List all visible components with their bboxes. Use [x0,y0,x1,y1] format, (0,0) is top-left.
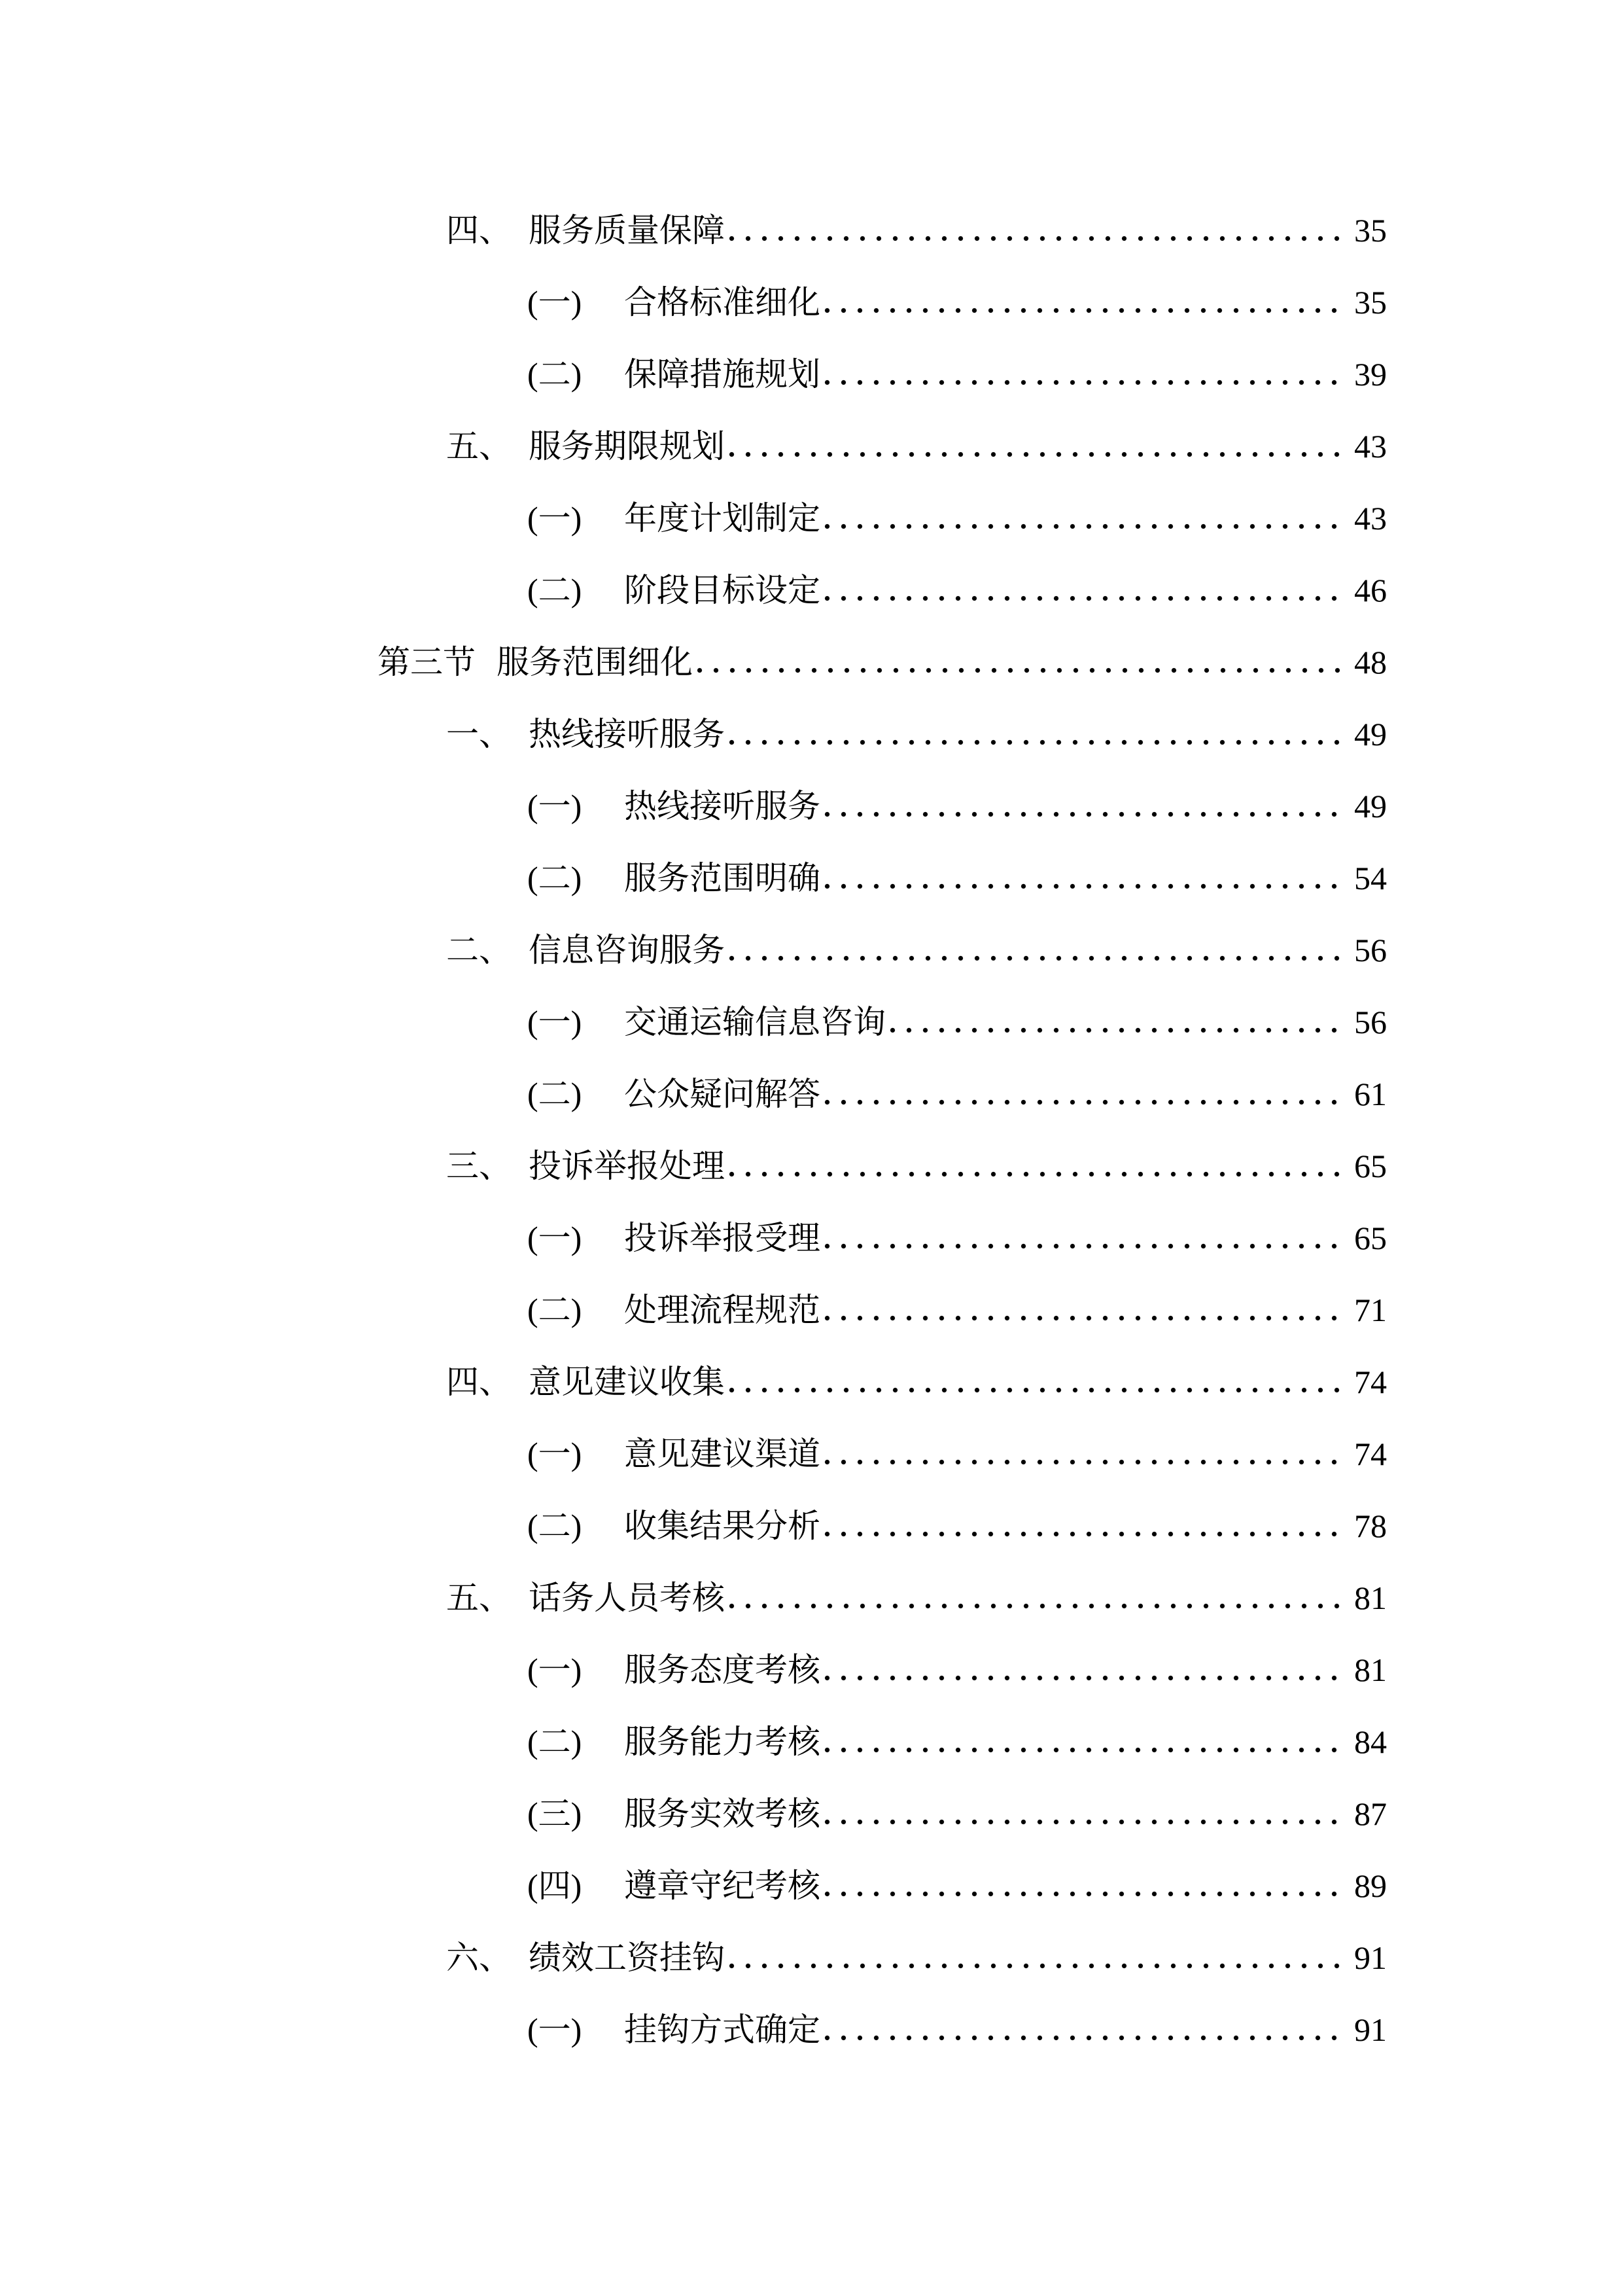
dot-leader [697,667,1345,673]
toc-entry-title: 绩效工资挂钩 [529,1922,725,1994]
toc-entry-title: 遵章守纪考核 [624,1850,820,1922]
toc-entry-number: 四、 [446,1346,529,1418]
dot-leader [824,380,1345,385]
toc-entry-title: 投诉举报处理 [529,1130,725,1202]
toc-entry-title: 收集结果分析 [624,1490,820,1562]
toc-entry-page: 49 [1353,698,1387,770]
table-of-contents: 四、 服务质量保障 35 (一) 合格标准细化 35 (二) 保障措施规划 39… [0,194,1387,2066]
toc-entry[interactable]: (二) 服务范围明确 54 [0,842,1387,914]
toc-entry[interactable]: (一) 投诉举报受理 65 [0,1202,1387,1274]
toc-entry-number: 二、 [446,914,529,986]
toc-entry-number: 三、 [446,1130,529,1202]
toc-entry-title: 服务实效考核 [624,1778,820,1850]
toc-entry-title: 服务期限规划 [529,410,725,482]
toc-entry-number: (二) [527,1058,624,1130]
dot-leader [824,1747,1345,1753]
toc-entry[interactable]: 五、 话务人员考核 81 [0,1562,1387,1634]
toc-entry-title: 热线接听服务 [529,698,725,770]
toc-entry-title: 话务人员考核 [529,1562,725,1634]
toc-entry-number: 一、 [446,698,529,770]
toc-entry-number: (三) [527,1778,624,1850]
toc-entry-title: 年度计划制定 [624,482,820,554]
toc-entry-title: 意见建议收集 [529,1346,725,1418]
toc-entry-number: (二) [527,842,624,914]
toc-entry-page: 61 [1353,1058,1387,1130]
toc-entry-title: 挂钩方式确定 [624,1994,820,2066]
toc-entry[interactable]: (二) 公众疑问解答 61 [0,1058,1387,1130]
toc-entry-number: (二) [527,1706,624,1778]
toc-entry[interactable]: 四、 意见建议收集 74 [0,1346,1387,1418]
dot-leader [824,308,1345,313]
toc-entry-page: 43 [1353,410,1387,482]
toc-entry[interactable]: 第三节 服务范围细化 48 [0,626,1387,698]
toc-entry-title: 意见建议渠道 [624,1418,820,1490]
dot-leader [824,1315,1345,1321]
toc-entry[interactable]: (二) 收集结果分析 78 [0,1490,1387,1562]
toc-entry-page: 91 [1353,1994,1387,2066]
toc-entry-page: 74 [1353,1346,1387,1418]
toc-entry-number: 五、 [446,1562,529,1634]
toc-entry-page: 89 [1353,1850,1387,1922]
toc-entry-page: 81 [1353,1634,1387,1706]
toc-entry[interactable]: (一) 合格标准细化 35 [0,266,1387,338]
toc-entry-title: 服务质量保障 [529,194,725,266]
toc-entry-number: (一) [527,1634,624,1706]
toc-entry-page: 87 [1353,1778,1387,1850]
toc-entry-page: 56 [1353,914,1387,986]
toc-entry-title: 阶段目标设定 [624,554,820,626]
toc-entry[interactable]: (二) 处理流程规范 71 [0,1274,1387,1346]
toc-entry-page: 35 [1353,194,1387,266]
dot-leader [824,1459,1345,1465]
toc-entry-title: 信息咨询服务 [529,914,725,986]
toc-entry[interactable]: (一) 服务态度考核 81 [0,1634,1387,1706]
dot-leader [729,1963,1345,1969]
toc-entry-title: 热线接听服务 [624,770,820,842]
toc-entry[interactable]: (一) 挂钩方式确定 91 [0,1994,1387,2066]
toc-entry-title: 服务态度考核 [624,1634,820,1706]
toc-entry[interactable]: (四) 遵章守纪考核 89 [0,1850,1387,1922]
toc-entry-number: (四) [527,1850,624,1922]
toc-entry-page: 48 [1353,626,1387,698]
toc-entry-title: 交通运输信息咨询 [624,986,886,1058]
toc-entry[interactable]: (二) 保障措施规划 39 [0,338,1387,410]
toc-entry-page: 81 [1353,1562,1387,1634]
toc-entry[interactable]: (二) 服务能力考核 84 [0,1706,1387,1778]
document-page: 四、 服务质量保障 35 (一) 合格标准细化 35 (二) 保障措施规划 39… [0,0,1623,2296]
toc-entry-page: 65 [1353,1202,1387,1274]
toc-entry-title: 公众疑问解答 [624,1058,820,1130]
dot-leader [824,1099,1345,1105]
toc-entry[interactable]: 五、 服务期限规划 43 [0,410,1387,482]
toc-entry[interactable]: (三) 服务实效考核 87 [0,1778,1387,1850]
toc-entry-title: 服务范围明确 [624,842,820,914]
toc-entry-page: 74 [1353,1418,1387,1490]
toc-entry-page: 56 [1353,986,1387,1058]
toc-entry-page: 84 [1353,1706,1387,1778]
toc-entry[interactable]: 六、 绩效工资挂钩 91 [0,1922,1387,1994]
dot-leader [824,883,1345,889]
toc-entry-number: (二) [527,1490,624,1562]
toc-entry-number: (一) [527,1202,624,1274]
toc-entry-number: (二) [527,1274,624,1346]
toc-entry[interactable]: (一) 意见建议渠道 74 [0,1418,1387,1490]
toc-entry[interactable]: (一) 年度计划制定 43 [0,482,1387,554]
dot-leader [890,1027,1345,1033]
toc-entry-page: 39 [1353,338,1387,410]
dot-leader [729,739,1345,745]
dot-leader [824,595,1345,601]
toc-entry[interactable]: 一、 热线接听服务 49 [0,698,1387,770]
toc-entry[interactable]: (一) 交通运输信息咨询 56 [0,986,1387,1058]
toc-entry-number: (一) [527,770,624,842]
toc-entry-title: 合格标准细化 [624,266,820,338]
dot-leader [729,451,1345,457]
toc-entry-number: (二) [527,338,624,410]
dot-leader [824,2035,1345,2041]
toc-entry-number: 六、 [446,1922,529,1994]
toc-entry[interactable]: (二) 阶段目标设定 46 [0,554,1387,626]
toc-entry-page: 46 [1353,554,1387,626]
toc-entry-title: 投诉举报受理 [624,1202,820,1274]
toc-entry-page: 91 [1353,1922,1387,1994]
toc-entry[interactable]: 三、 投诉举报处理 65 [0,1130,1387,1202]
dot-leader [824,1675,1345,1681]
toc-entry-number: (一) [527,482,624,554]
toc-entry-number: 四、 [446,194,529,266]
dot-leader [729,1603,1345,1609]
dot-leader [729,1171,1345,1177]
dot-leader [729,1387,1345,1393]
toc-entry[interactable]: 四、 服务质量保障 35 [0,194,1387,266]
toc-entry-page: 35 [1353,266,1387,338]
toc-entry[interactable]: 二、 信息咨询服务 56 [0,914,1387,986]
toc-entry-page: 65 [1353,1130,1387,1202]
toc-entry-title: 处理流程规范 [624,1274,820,1346]
dot-leader [729,955,1345,961]
toc-entry-number: (二) [527,554,624,626]
dot-leader [824,1819,1345,1825]
toc-entry-page: 71 [1353,1274,1387,1346]
dot-leader [729,236,1345,241]
dot-leader [824,1891,1345,1897]
toc-entry-page: 78 [1353,1490,1387,1562]
toc-entry-title: 保障措施规划 [624,338,820,410]
toc-entry-title: 服务范围细化 [497,626,693,698]
dot-leader [824,811,1345,817]
dot-leader [824,1243,1345,1249]
toc-entry-number: (一) [527,986,624,1058]
toc-entry[interactable]: (一) 热线接听服务 49 [0,770,1387,842]
dot-leader [824,1531,1345,1537]
toc-entry-number: (一) [527,1418,624,1490]
toc-entry-number: (一) [527,266,624,338]
toc-entry-number: 五、 [446,410,529,482]
toc-entry-number: (一) [527,1994,624,2066]
toc-entry-page: 54 [1353,842,1387,914]
toc-entry-number: 第三节 [377,626,497,698]
toc-entry-page: 43 [1353,482,1387,554]
toc-entry-title: 服务能力考核 [624,1706,820,1778]
dot-leader [824,523,1345,529]
toc-entry-page: 49 [1353,770,1387,842]
